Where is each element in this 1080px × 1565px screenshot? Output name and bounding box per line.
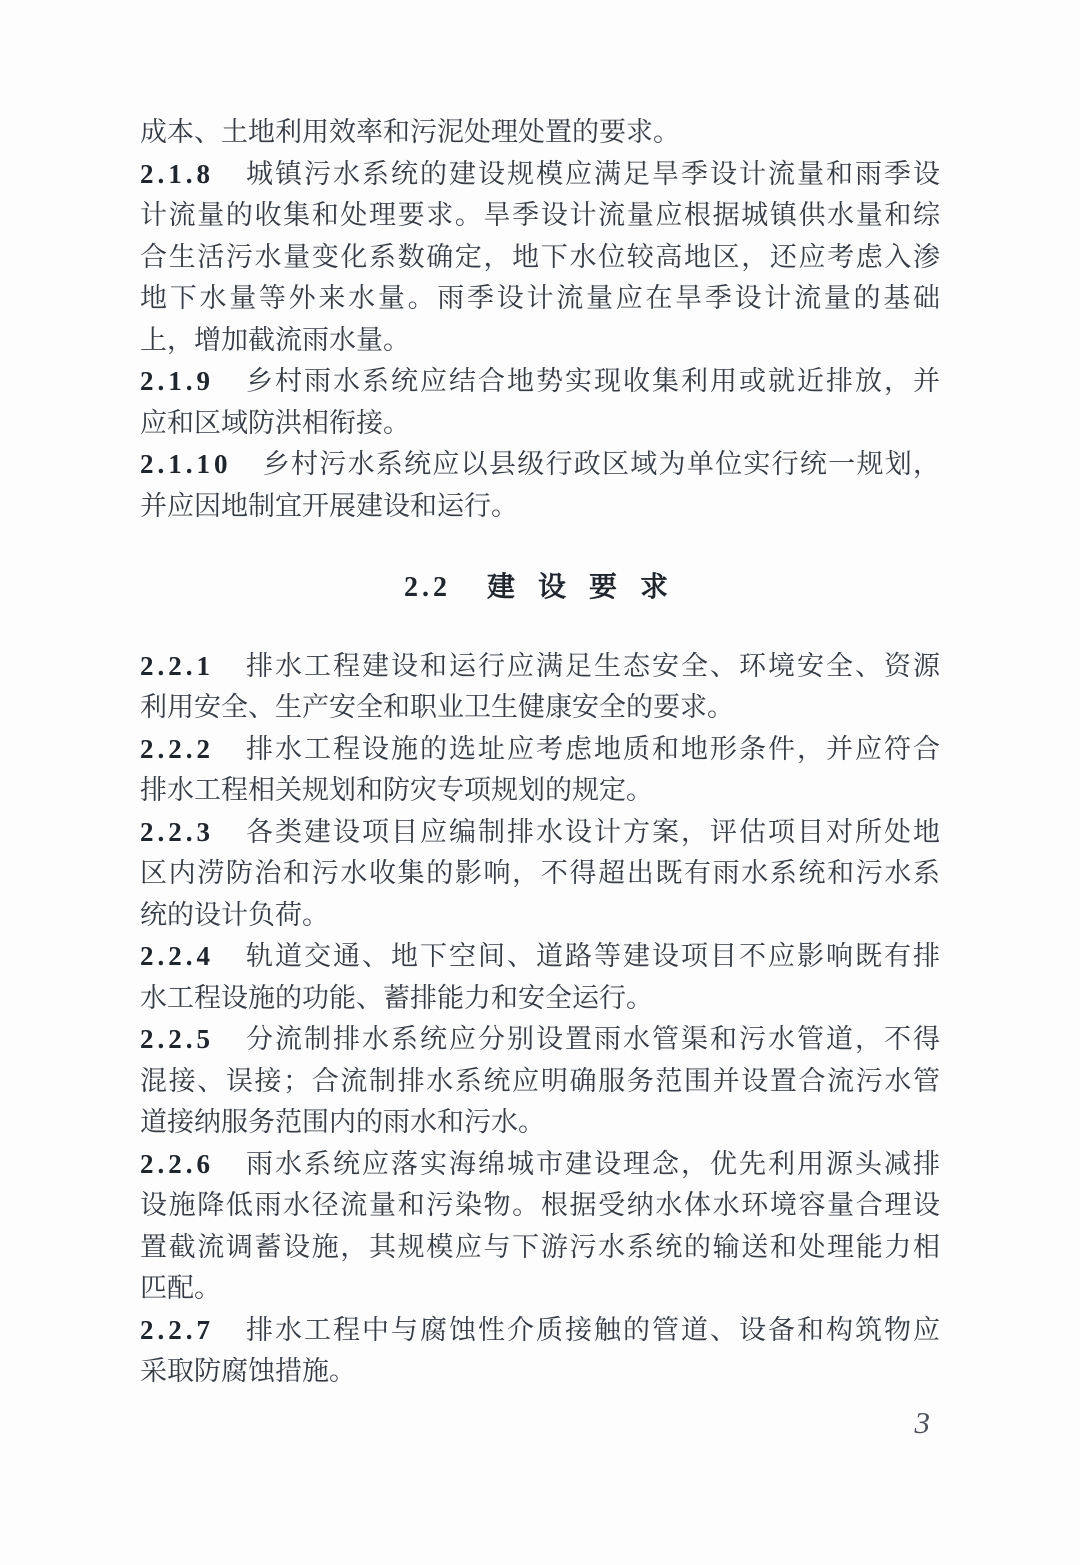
clause-2-1-8: 2.1.8城镇污水系统的建设规模应满足旱季设计流量和雨季设 计流量的收集和处理要…	[140, 154, 940, 362]
clause-2-2-2: 2.2.2排水工程设施的选址应考虑地质和地形条件，并应符合 排水工程相关规划和防…	[140, 729, 940, 812]
clause-text: 雨水系统应落实海绵城市建设理念，优先利用源头减排	[244, 1149, 940, 1179]
text-line: 利用安全、生产安全和职业卫生健康安全的要求。	[140, 687, 940, 729]
text-line: 上，增加截流雨水量。	[140, 320, 940, 362]
clause-2-2-6: 2.2.6雨水系统应落实海绵城市建设理念，优先利用源头减排 设施降低雨水径流量和…	[140, 1144, 940, 1310]
text-line: 采取防腐蚀措施。	[140, 1351, 940, 1393]
text-line: 应和区域防洪相衔接。	[140, 403, 940, 445]
text-line: 2.2.4轨道交通、地下空间、道路等建设项目不应影响既有排	[140, 936, 940, 978]
clause-2-2-7: 2.2.7排水工程中与腐蚀性介质接触的管道、设备和构筑物应 采取防腐蚀措施。	[140, 1310, 940, 1393]
clause-number: 2.1.9	[140, 366, 214, 396]
section-title: 建 设 要 求	[487, 572, 676, 603]
clause-text: 乡村污水系统应以县级行政区域为单位实行统一规划，	[262, 449, 941, 479]
text-line: 匹配。	[140, 1268, 940, 1310]
text-line: 2.2.6雨水系统应落实海绵城市建设理念，优先利用源头减排	[140, 1144, 940, 1186]
clause-number: 2.2.3	[140, 817, 214, 847]
text-line: 地下水量等外来水量。雨季设计流量应在旱季设计流量的基础	[140, 278, 940, 320]
clause-text: 轨道交通、地下空间、道路等建设项目不应影响既有排	[244, 941, 940, 971]
clause-text: 排水工程中与腐蚀性介质接触的管道、设备和构筑物应	[244, 1315, 940, 1345]
clause-text: 排水工程设施的选址应考虑地质和地形条件，并应符合	[244, 734, 940, 764]
text-line: 设施降低雨水径流量和污染物。根据受纳水体水环境容量合理设	[140, 1185, 940, 1227]
clause-text: 乡村雨水系统应结合地势实现收集利用或就近排放，并	[244, 366, 940, 396]
text-line: 并应因地制宜开展建设和运行。	[140, 486, 940, 528]
clause-2-2-3: 2.2.3各类建设项目应编制排水设计方案，评估项目对所处地 区内涝防治和污水收集…	[140, 812, 940, 937]
text-line: 2.2.5分流制排水系统应分别设置雨水管渠和污水管道，不得	[140, 1019, 940, 1061]
clause-number: 2.2.5	[140, 1024, 214, 1054]
text-line: 2.2.7排水工程中与腐蚀性介质接触的管道、设备和构筑物应	[140, 1310, 940, 1352]
clause-number: 2.1.8	[140, 159, 214, 189]
clause-text: 各类建设项目应编制排水设计方案，评估项目对所处地	[244, 817, 940, 847]
text-line: 2.1.8城镇污水系统的建设规模应满足旱季设计流量和雨季设	[140, 154, 940, 196]
text-line: 统的设计负荷。	[140, 895, 940, 937]
text-line: 水工程设施的功能、蓄排能力和安全运行。	[140, 978, 940, 1020]
clause-2-2-1: 2.2.1排水工程建设和运行应满足生态安全、环境安全、资源 利用安全、生产安全和…	[140, 646, 940, 729]
clause-number: 2.2.6	[140, 1149, 214, 1179]
clause-2-2-5: 2.2.5分流制排水系统应分别设置雨水管渠和污水管道，不得 混接、误接；合流制排…	[140, 1019, 940, 1144]
clause-number: 2.1.10	[140, 449, 232, 479]
document-body: 成本、土地利用效率和污泥处理处置的要求。 2.1.8城镇污水系统的建设规模应满足…	[140, 112, 940, 1393]
clause-text: 分流制排水系统应分别设置雨水管渠和污水管道，不得	[244, 1024, 940, 1054]
text-line: 排水工程相关规划和防灾专项规划的规定。	[140, 770, 940, 812]
text-line: 2.1.10乡村污水系统应以县级行政区域为单位实行统一规划，	[140, 444, 940, 486]
text-line: 2.1.9乡村雨水系统应结合地势实现收集利用或就近排放，并	[140, 361, 940, 403]
clause-text: 排水工程建设和运行应满足生态安全、环境安全、资源	[244, 651, 940, 681]
clause-number: 2.2.2	[140, 734, 214, 764]
text-line: 置截流调蓄设施，其规模应与下游污水系统的输送和处理能力相	[140, 1227, 940, 1269]
section-heading: 2.2建 设 要 求	[140, 567, 940, 609]
text-line: 合生活污水量变化系数确定，地下水位较高地区，还应考虑入渗	[140, 237, 940, 279]
clause-text: 城镇污水系统的建设规模应满足旱季设计流量和雨季设	[244, 159, 940, 189]
section-number: 2.2	[404, 572, 451, 603]
clause-number: 2.2.1	[140, 651, 214, 681]
document-page: 成本、土地利用效率和污泥处理处置的要求。 2.1.8城镇污水系统的建设规模应满足…	[0, 0, 1080, 1565]
clause-continuation: 成本、土地利用效率和污泥处理处置的要求。	[140, 112, 940, 154]
text-line: 2.2.1排水工程建设和运行应满足生态安全、环境安全、资源	[140, 646, 940, 688]
text-line: 道接纳服务范围内的雨水和污水。	[140, 1102, 940, 1144]
text-line: 2.2.2排水工程设施的选址应考虑地质和地形条件，并应符合	[140, 729, 940, 771]
clause-2-1-9: 2.1.9乡村雨水系统应结合地势实现收集利用或就近排放，并 应和区域防洪相衔接。	[140, 361, 940, 444]
text-line: 2.2.3各类建设项目应编制排水设计方案，评估项目对所处地	[140, 812, 940, 854]
clause-number: 2.2.4	[140, 941, 214, 971]
clause-number: 2.2.7	[140, 1315, 214, 1345]
text-line: 计流量的收集和处理要求。旱季设计流量应根据城镇供水量和综	[140, 195, 940, 237]
clause-2-1-10: 2.1.10乡村污水系统应以县级行政区域为单位实行统一规划， 并应因地制宜开展建…	[140, 444, 940, 527]
clause-2-2-4: 2.2.4轨道交通、地下空间、道路等建设项目不应影响既有排 水工程设施的功能、蓄…	[140, 936, 940, 1019]
text-line: 区内涝防治和污水收集的影响，不得超出既有雨水系统和污水系	[140, 853, 940, 895]
page-number: 3	[915, 1405, 931, 1441]
text-line: 成本、土地利用效率和污泥处理处置的要求。	[140, 112, 940, 154]
text-line: 混接、误接；合流制排水系统应明确服务范围并设置合流污水管	[140, 1061, 940, 1103]
